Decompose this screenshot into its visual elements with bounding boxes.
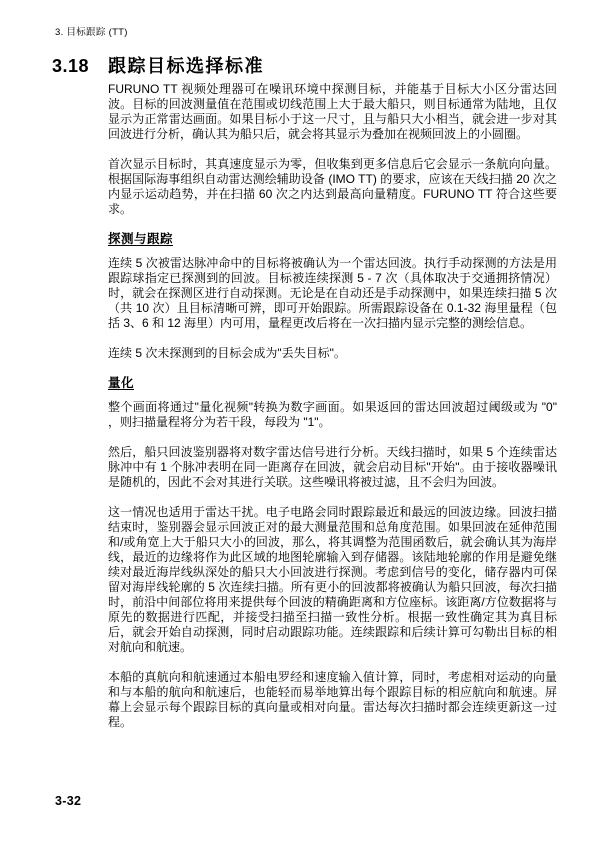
- paragraph-first-display: 首次显示目标时，其真速度显示为零，但收集到更多信息后它会显示一条航向向量。根据国…: [108, 157, 557, 217]
- paragraph-lost-target: 连续 5 次未探测到的目标会成为"丢失目标"。: [108, 346, 557, 361]
- running-header: 3. 目标跟踪 (TT): [55, 24, 128, 38]
- section-heading: 3.18 跟踪目标选择标准: [52, 52, 264, 78]
- paragraph-detection: 连续 5 次被雷达脉冲命中的目标将被确认为一个雷达回波。执行手动探测的方法是用跟…: [108, 256, 557, 331]
- paragraph-echo-discriminator: 然后，船只回波鉴别器将对数字雷达信号进行分析。天线扫描时，如果 5 个连续雷达脉…: [108, 445, 557, 490]
- section-title: 跟踪目标选择标准: [108, 52, 264, 78]
- body-column: FURUNO TT 视频处理器可在噪讯环境中探测目标，并能基于目标大小区分雷达回…: [108, 82, 557, 745]
- section-number: 3.18: [52, 56, 108, 77]
- paragraph-own-ship-vectors: 本船的真航向和航速通过本船电罗经和速度输入值计算，同时，考虑相对运动的向量和与本…: [108, 670, 557, 730]
- subheading-quantization: 量化: [108, 376, 557, 391]
- subheading-detection-tracking: 探测与跟踪: [108, 232, 557, 247]
- paragraph-quantized-video: 整个画面将通过"量化视频"转换为数字画面。如果返回的雷达回波超过阈级或为 "0"…: [108, 400, 557, 430]
- paragraph-interference-coastline: 这一情况也适用于雷达干扰。电子电路会同时跟踪最近和最远的回波边缘。回波扫描结束时…: [108, 505, 557, 655]
- document-page: 3. 目标跟踪 (TT) 3.18 跟踪目标选择标准 FURUNO TT 视频处…: [0, 0, 595, 842]
- page-number: 3-32: [55, 794, 81, 808]
- paragraph-intro: FURUNO TT 视频处理器可在噪讯环境中探测目标，并能基于目标大小区分雷达回…: [108, 82, 557, 142]
